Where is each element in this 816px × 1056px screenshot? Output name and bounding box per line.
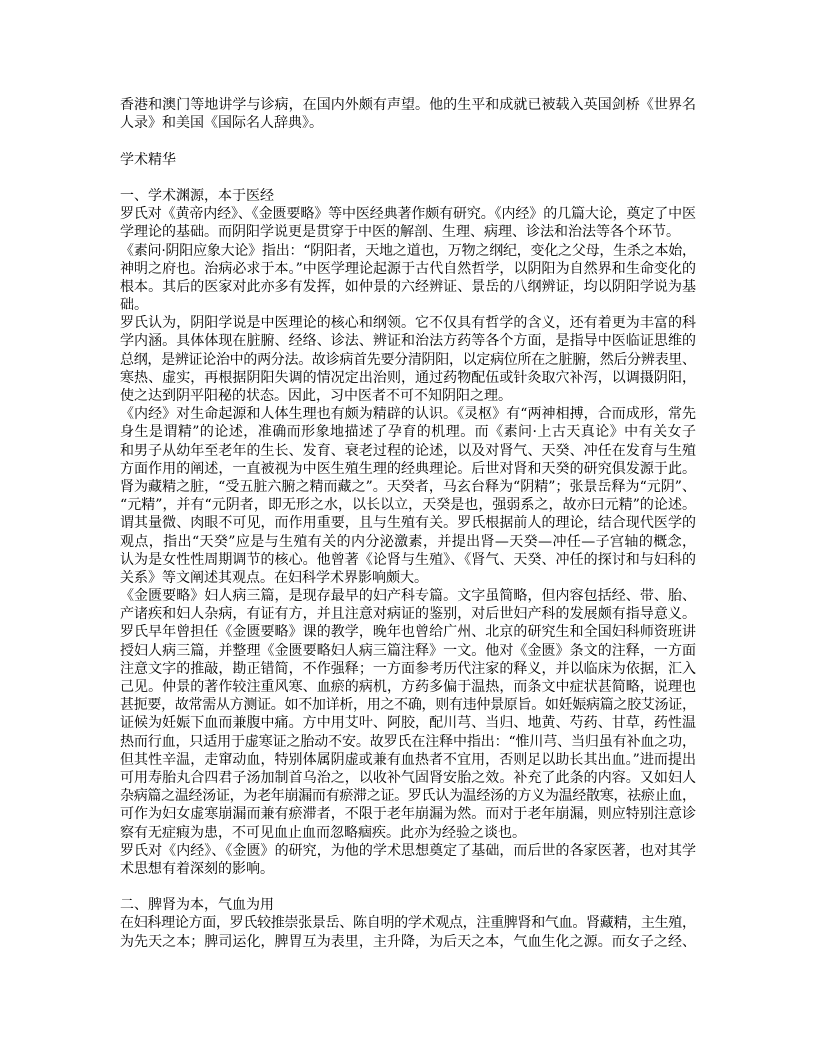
- paragraph: 《内经》对生命起源和人体生理也有颇为精辟的认识。《灵枢》有“两神相搏，合而成形，…: [120, 405, 696, 478]
- paragraph: 《素问·阴阳应象大论》指出：“阴阳者，天地之道也，万物之纲纪，变化之父母，生杀之…: [120, 242, 696, 315]
- section-2: 二、脾肾为本，气血为用 在妇科理论方面，罗氏较推崇张景岳、陈自明的学术观点，注重…: [120, 896, 696, 951]
- paragraph: 罗氏对《黄帝内经》、《金匮要略》等中医经典著作颇有研究。《内经》的几篇大论，奠定…: [120, 205, 696, 241]
- text-line: 杂病篇之温经汤证，为老年崩漏而有瘀滞之证。罗氏认为温经汤的方义为温经散寒，祛瘀止…: [120, 787, 696, 805]
- text-line: “元精”，并有“元阴者，即无形之水，以长以立，天癸是也，强弱系之，故亦曰元精”的…: [120, 496, 696, 514]
- text-line: 可作为妇女虚寒崩漏而兼有瘀滞者，不限于老年崩漏为然。而对于老年崩漏，则应特别注意…: [120, 805, 696, 823]
- text-line: 授妇人病三篇，并整理《金匮要略妇人病三篇注释》一文。他对《金匮》条文的注释，一方…: [120, 642, 696, 660]
- text-line: 罗氏早年曾担任《金匮要略》课的教学，晚年也曾给广州、北京的研究生和全国妇科师资班…: [120, 623, 696, 641]
- text-line: 但其性辛温，走窜动血，特别体属阴虚或兼有血热者不宜用，否则足以助长其出血。”进而…: [120, 751, 696, 769]
- blank-line: [120, 169, 696, 187]
- text-line: 察有无症瘕为患，不可见血止血而忽略痼疾。此亦为经验之谈也。: [120, 824, 696, 842]
- paragraph: 《金匮要略》妇人病三篇，是现存最早的妇产科专篇。文字虽简略，但内容包括经、带、胎…: [120, 587, 696, 623]
- section-title: 学术精华: [120, 151, 696, 169]
- text-line: 学理论的基础。而阴阳学说更是贯穿于中医的解剖、生理、病理、诊法和治法等各个环节。: [120, 223, 696, 241]
- text-line: 总纲，是辨证论治中的两分法。故诊病首先要分清阴阳，以定病位所在之脏腑，然后分辨表…: [120, 351, 696, 369]
- text-line: 神明之府也。治病必求于本。”中医学理论起源于古代自然哲学，以阴阳为自然界和生命变…: [120, 260, 696, 278]
- document-body: 香港和澳门等地讲学与诊病，在国内外颇有声望。他的生平和成就已被载入英国剑桥《世界…: [120, 96, 696, 951]
- paragraph: 罗氏对《内经》、《金匮》的研究，为他的学术思想奠定了基础，而后世的各家医著，也对…: [120, 842, 696, 878]
- text-line: 人录》和美国《国际名人辞典》。: [120, 114, 696, 132]
- section-heading: 一、学术渊源，本于医经: [120, 187, 696, 205]
- text-line: 《素问·阴阳应象大论》指出：“阴阳者，天地之道也，万物之纲纪，变化之父母，生杀之…: [120, 242, 696, 260]
- document-page: 香港和澳门等地讲学与诊病，在国内外颇有声望。他的生平和成就已被载入英国剑桥《世界…: [0, 0, 816, 1056]
- text-line: 香港和澳门等地讲学与诊病，在国内外颇有声望。他的生平和成就已被载入英国剑桥《世界…: [120, 96, 696, 114]
- text-line: 使之达到阴平阳秘的状态。因此，习中医者不可不知阴阳之理。: [120, 387, 696, 405]
- text-line: 术思想有着深刻的影响。: [120, 860, 696, 878]
- text-line: 产诸疾和妇人杂病，有证有方，并且注意对病证的鉴别，对后世妇产科的发展颇有指导意义…: [120, 605, 696, 623]
- intro-paragraph: 香港和澳门等地讲学与诊病，在国内外颇有声望。他的生平和成就已被载入英国剑桥《世界…: [120, 96, 696, 132]
- blank-line: [120, 878, 696, 896]
- text-line: 身生是谓精”的论述，准确而形象地描述了孕育的机理。而《素问·上古天真论》中有关女…: [120, 423, 696, 441]
- text-line: 《金匮要略》妇人病三篇，是现存最早的妇产科专篇。文字虽简略，但内容包括经、带、胎…: [120, 587, 696, 605]
- text-line: 谓其量微、肉眼不可见，而作用重要，且与生殖有关。罗氏根据前人的理论，结合现代医学…: [120, 514, 696, 532]
- text-line: 根本。其后的医家对此亦多有发挥，如仲景的六经辨证、景岳的八纲辨证，均以阴阳学说为…: [120, 278, 696, 296]
- text-line: 罗氏对《黄帝内经》、《金匮要略》等中医经典著作颇有研究。《内经》的几篇大论，奠定…: [120, 205, 696, 223]
- section-1: 一、学术渊源，本于医经 罗氏对《黄帝内经》、《金匮要略》等中医经典著作颇有研究。…: [120, 187, 696, 878]
- text-line: 在妇科理论方面，罗氏较推崇张景岳、陈自明的学术观点，注重脾肾和气血。肾藏精，主生…: [120, 914, 696, 932]
- text-line: 罗氏认为，阴阳学说是中医理论的核心和纲领。它不仅具有哲学的含义，还有着更为丰富的…: [120, 314, 696, 332]
- text-line: 观点，指出“天癸”应是与生殖有关的内分泌激素，并提出肾—天癸—冲任—子宫轴的概念…: [120, 533, 696, 551]
- paragraph: 肾为藏精之脏，“受五脏六腑之精而藏之”。天癸者，马玄台释为“阴精”；张景岳释为“…: [120, 478, 696, 587]
- text-line: 学内涵。具体体现在脏腑、经络、诊法、辨证和治法方药等各个方面，是指导中医临证思维…: [120, 332, 696, 350]
- text-line: 可用寿胎丸合四君子汤加制首乌治之，以收补气固肾安胎之效。补充了此条的内容。又如妇…: [120, 769, 696, 787]
- text-line: 注意文字的推敲，勘正错简，不作强释；一方面参考历代注家的释义，并以临床为依据，汇…: [120, 660, 696, 678]
- text-line: 寒热、虚实，再根据阴阳失调的情况定出治则，通过药物配伍或针灸取穴补泻，以调摄阴阳…: [120, 369, 696, 387]
- text-line: 方面作用的阐述，一直被视为中医生殖生理的经典理论。后世对肾和天癸的研究俱发源于此…: [120, 460, 696, 478]
- text-line: 热而行血，只适用于虚寒证之胎动不安。故罗氏在注释中指出：“惟川芎、当归虽有补血之…: [120, 733, 696, 751]
- text-line: 《内经》对生命起源和人体生理也有颇为精辟的认识。《灵枢》有“两神相搏，合而成形，…: [120, 405, 696, 423]
- text-line: 证候为妊娠下血而兼腹中痛。方中用艾叶、阿胶，配川芎、当归、地黄、芍药、甘草，药性…: [120, 714, 696, 732]
- text-line: 为先天之本；脾司运化，脾胃互为表里，主升降，为后天之本，气血生化之源。而女子之经…: [120, 933, 696, 951]
- text-line: 和男子从幼年至老年的生长、发育、衰老过程的论述，以及对肾气、天癸、冲任在发育与生…: [120, 442, 696, 460]
- section-heading: 二、脾肾为本，气血为用: [120, 896, 696, 914]
- text-line: 关系》等文阐述其观点。在妇科学术界影响颇大。: [120, 569, 696, 587]
- paragraph: 在妇科理论方面，罗氏较推崇张景岳、陈自明的学术观点，注重脾肾和气血。肾藏精，主生…: [120, 914, 696, 950]
- paragraph: 罗氏早年曾担任《金匮要略》课的教学，晚年也曾给广州、北京的研究生和全国妇科师资班…: [120, 623, 696, 841]
- text-line: 肾为藏精之脏，“受五脏六腑之精而藏之”。天癸者，马玄台释为“阴精”；张景岳释为“…: [120, 478, 696, 496]
- text-line: 己见。仲景的著作较注重风寒、血瘀的病机，方药多偏于温热，而条文中症状甚简略，说理…: [120, 678, 696, 696]
- blank-line: [120, 132, 696, 150]
- text-line: 认为是女性性周期调节的核心。他曾著《论肾与生殖》、《肾气、天癸、冲任的探讨和与妇…: [120, 551, 696, 569]
- text-line: 甚扼要，故常需从方测证。如不加详析，用之不确，则有违仲景原旨。如妊娠病篇之胶艾汤…: [120, 696, 696, 714]
- text-line: 础。: [120, 296, 696, 314]
- text-line: 罗氏对《内经》、《金匮》的研究，为他的学术思想奠定了基础，而后世的各家医著，也对…: [120, 842, 696, 860]
- paragraph: 罗氏认为，阴阳学说是中医理论的核心和纲领。它不仅具有哲学的含义，还有着更为丰富的…: [120, 314, 696, 405]
